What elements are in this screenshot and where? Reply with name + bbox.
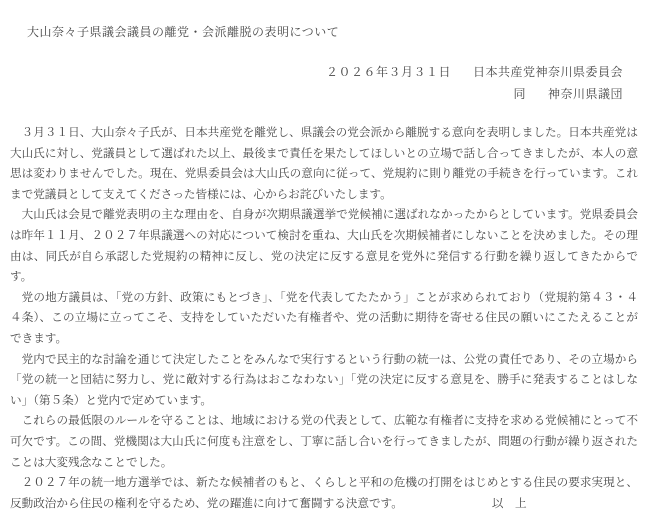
body-paragraph: ３月３１日、大山奈々子氏が、日本共産党を離党し、県議会の党会派から離脱する意向を… bbox=[10, 123, 638, 205]
document-body: ３月３１日、大山奈々子氏が、日本共産党を離党し、県議会の党会派から離脱する意向を… bbox=[10, 123, 638, 514]
body-paragraph: 党の地方議員は、「党の方針、政策にもとづき」、「党を代表してたたかう」ことが求め… bbox=[10, 288, 638, 350]
body-paragraph: 党内で民主的な討論を通じて決定したことをみんなで実行するという行動の統一は、公党… bbox=[10, 350, 638, 412]
closing-mark: 以 上 bbox=[492, 497, 527, 510]
dateline-block: ２０２６年３月３１日日本共産党神奈川県委員会 同神奈川県議団 bbox=[0, 61, 645, 105]
dateline-row-date-committee: ２０２６年３月３１日日本共産党神奈川県委員会 bbox=[0, 61, 623, 83]
body-paragraph: ２０２７年の統一地方選挙では、新たな候補者のもと、くらしと平和の危機の打開をはじ… bbox=[10, 473, 638, 514]
dateline-row-assembly-group: 同神奈川県議団 bbox=[0, 83, 623, 105]
issuing-org-committee: 日本共産党神奈川県委員会 bbox=[473, 65, 623, 79]
document-page: 大山奈々子県議会議員の離党・会派離脱の表明について ２０２６年３月３１日日本共産… bbox=[0, 0, 645, 516]
document-date: ２０２６年３月３１日 bbox=[326, 65, 451, 79]
body-paragraph: 大山氏は会見で離党表明の主な理由を、自身が次期県議選挙で党候補に選ばれなかったか… bbox=[10, 205, 638, 287]
ditto-mark: 同 bbox=[513, 87, 526, 101]
issuing-org-assembly-group: 神奈川県議団 bbox=[548, 87, 623, 101]
body-paragraph: これらの最低限のルールを守ることは、地域における党の代表として、広範な有権者に支… bbox=[10, 411, 638, 473]
document-title: 大山奈々子県議会議員の離党・会派離脱の表明について bbox=[0, 0, 645, 40]
